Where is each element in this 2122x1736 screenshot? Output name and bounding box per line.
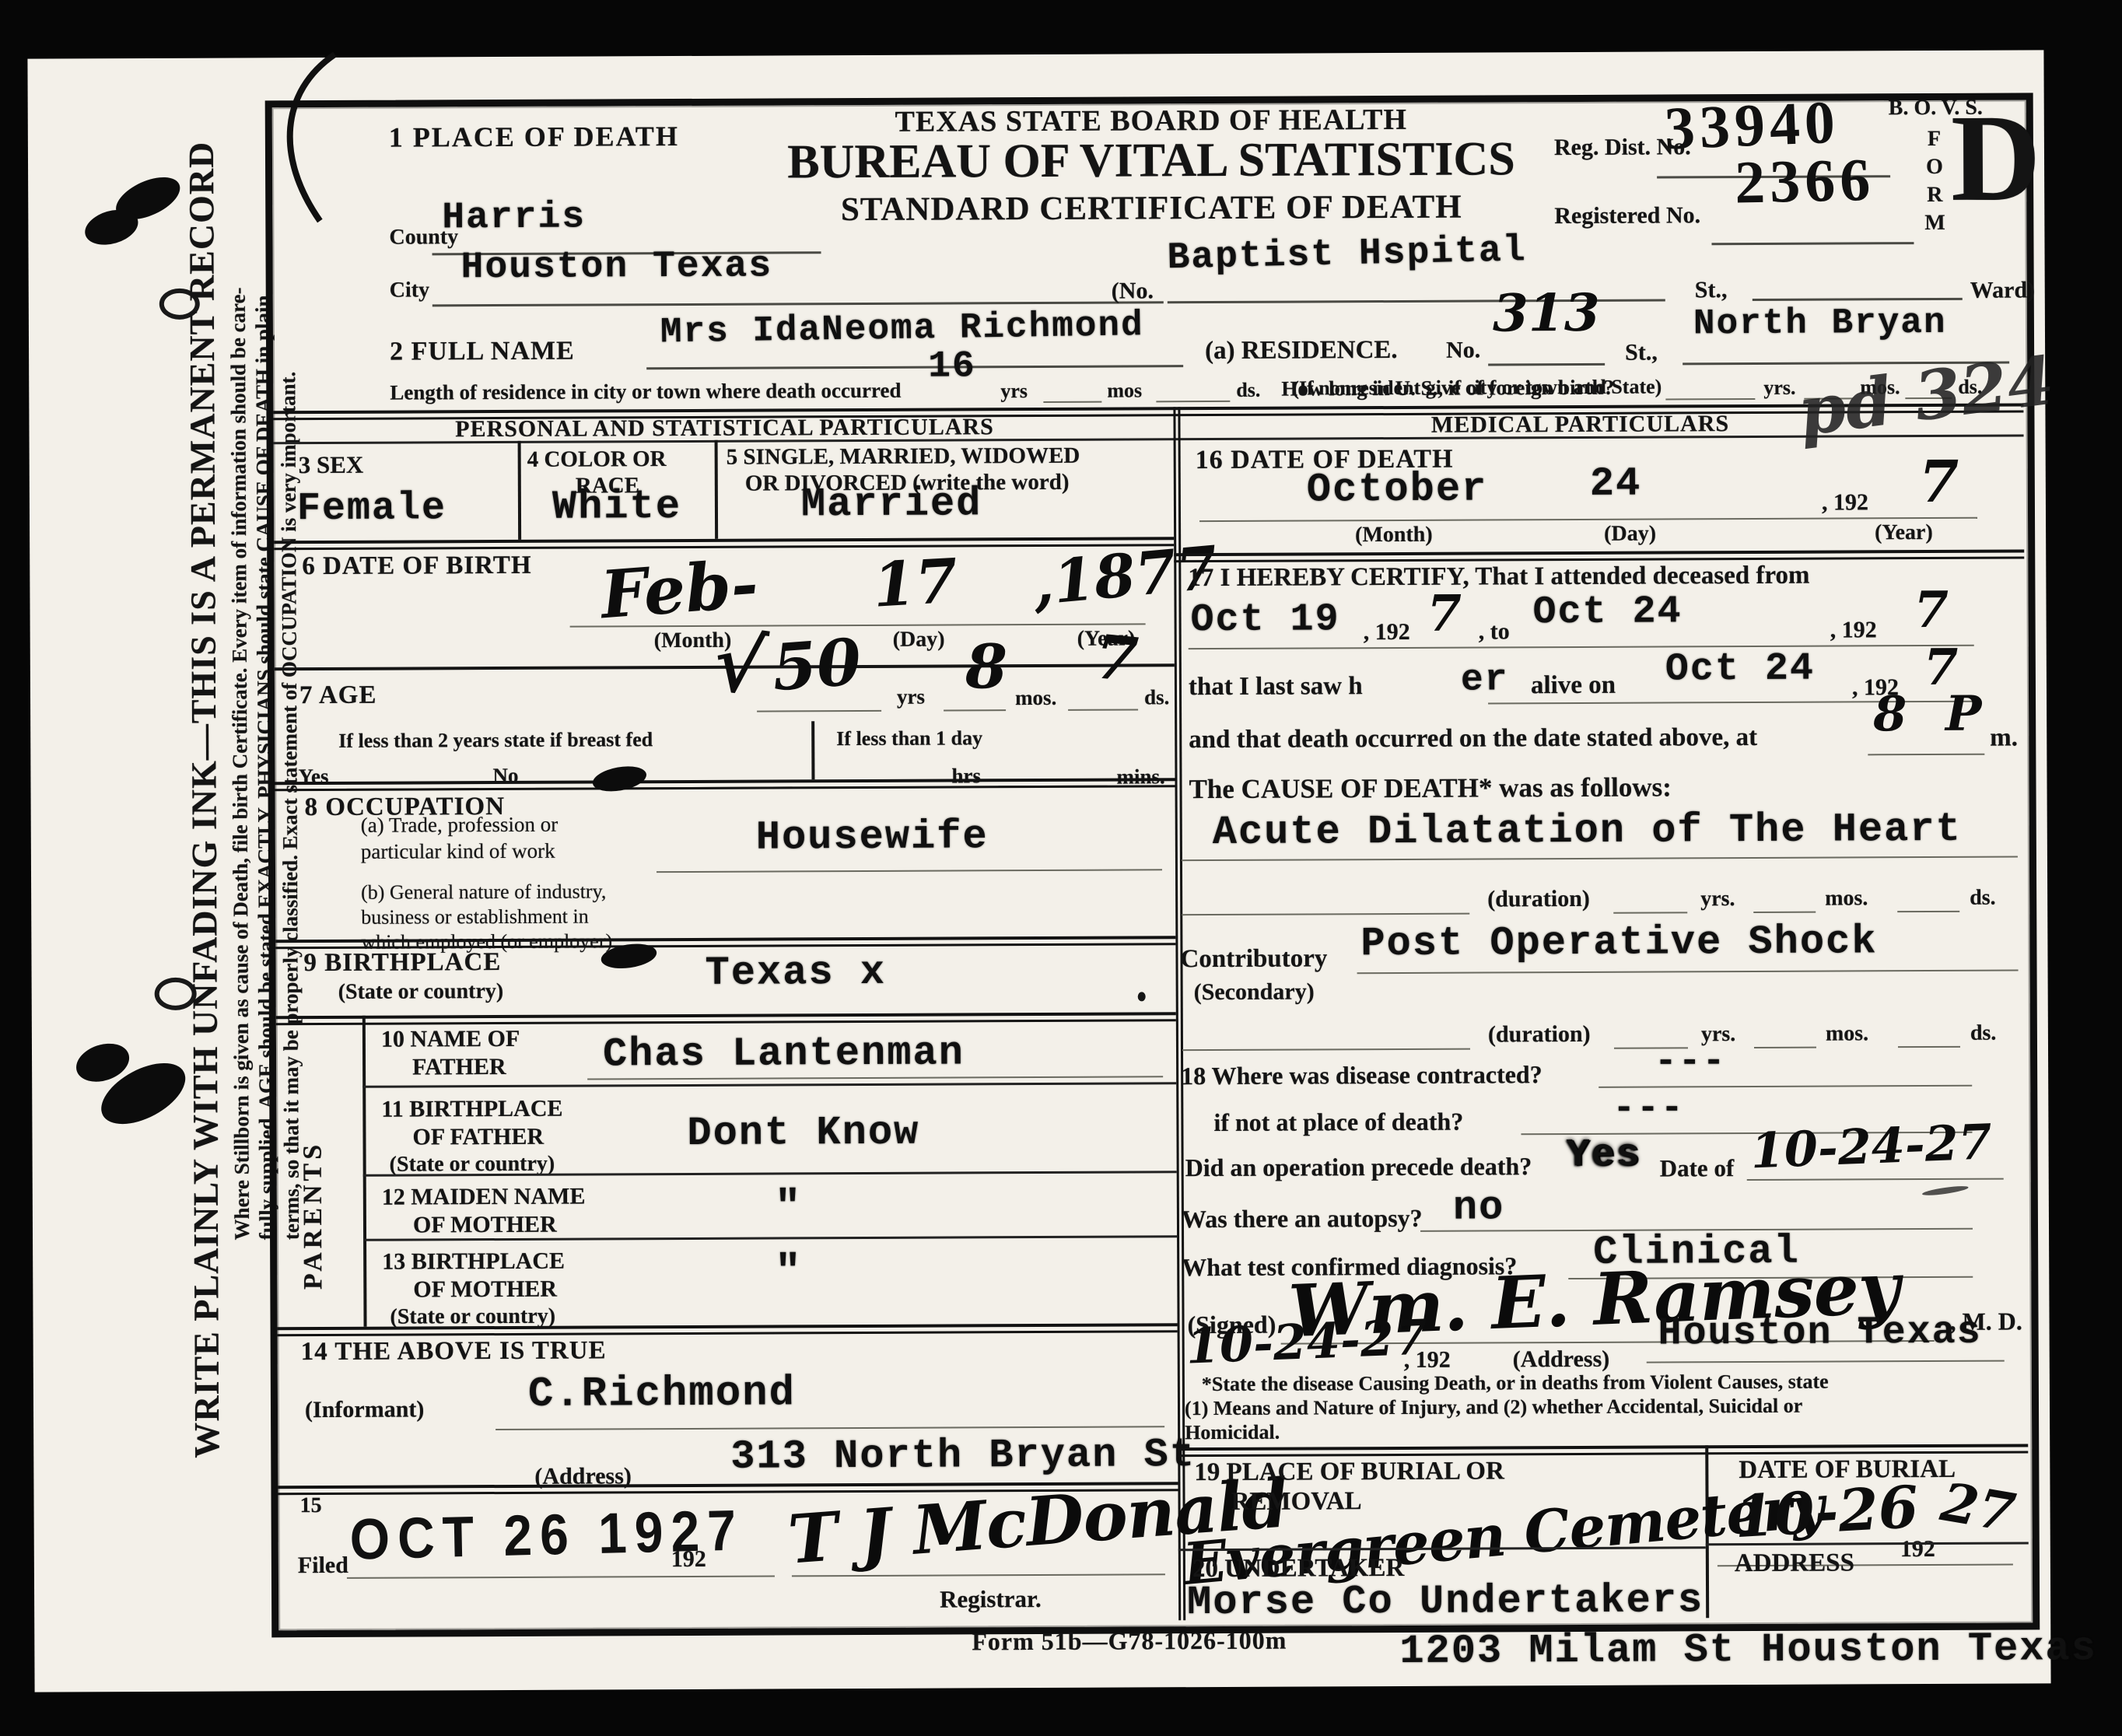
- disease-contracted-answer: ---: [1655, 1041, 1727, 1083]
- registered-number: 2366: [1734, 145, 1875, 218]
- age-label: 7 AGE: [299, 681, 377, 710]
- mother-birthplace-label-2: OF MOTHER: [413, 1276, 557, 1304]
- attended-from-year: 7: [1427, 585, 1462, 643]
- dob-label: 6 DATE OF BIRTH: [302, 551, 531, 581]
- death-occurred-label: and that death occurred on the date stat…: [1189, 723, 1757, 754]
- age-ds-label: ds.: [1144, 685, 1169, 709]
- secondary-label: (Secondary): [1194, 978, 1315, 1006]
- operation-question: Did an operation precede death?: [1185, 1152, 1532, 1182]
- registered-no-label: Registered No.: [1554, 202, 1700, 229]
- ink-smudge: [590, 762, 648, 795]
- burial-192-label: 192: [1900, 1536, 1935, 1563]
- form-letter-o: O: [1926, 155, 1943, 180]
- bureau-title: BUREAU OF VITAL STATISTICS: [778, 131, 1525, 190]
- color-marital-divider: [715, 440, 719, 539]
- ward-label: Ward): [1970, 277, 2035, 303]
- death-time-line: [1868, 754, 1984, 756]
- date-of-death-line: [1199, 517, 1977, 522]
- attended-to-year: 7: [1914, 581, 1949, 639]
- mother-maiden-label-2: OF MOTHER: [413, 1212, 557, 1239]
- certificate-form: 1 PLACE OF DEATH TEXAS STATE BOARD OF HE…: [265, 93, 2040, 1637]
- dob-day-label: (Day): [893, 628, 945, 653]
- father-name-value: Chas Lantenman: [603, 1030, 965, 1077]
- color-race-value: White: [552, 484, 681, 530]
- form-d-letter: D: [1951, 86, 2041, 230]
- parents-vertical-label: PARENTS: [299, 1141, 329, 1290]
- form-number: Form 51b—G78-1026-100m: [972, 1626, 1287, 1657]
- address-divider: [1706, 1542, 2029, 1545]
- birthplace-value: Texas x: [705, 950, 886, 996]
- sign-address-value: Houston Texas: [1658, 1311, 1981, 1356]
- age-years-value: 50: [769, 625, 863, 705]
- operation-answer: Yes: [1566, 1133, 1641, 1178]
- occupation-b-label-2: business or establishment in: [361, 905, 589, 929]
- duration-label: (duration): [1487, 886, 1590, 913]
- length-of-residence-value: 16: [928, 345, 976, 387]
- not-at-place-answer: ---: [1613, 1087, 1685, 1129]
- duration-line: [1182, 913, 1469, 916]
- occupation-a-label-2: particular kind of work: [361, 839, 555, 864]
- last-saw-alive-label: alive on: [1531, 671, 1616, 700]
- cause-of-death-heading: The CAUSE OF DEATH* was as follows:: [1189, 772, 1671, 805]
- duration2-ds: ds.: [1970, 1021, 1997, 1046]
- street-label: St.,: [1695, 277, 1728, 303]
- autopsy-answer: no: [1453, 1185, 1505, 1230]
- attended-to-date: Oct 24: [1532, 590, 1682, 635]
- certificate-page: WRITE PLAINLY WITH UNFADING INK—THIS IS …: [27, 50, 2050, 1692]
- county-value: Harris: [442, 197, 586, 240]
- sex-value: Female: [297, 486, 446, 531]
- informant-value: C.Richmond: [528, 1370, 796, 1419]
- birthplace-sub-label: (State or country): [338, 979, 504, 1005]
- age-line: [944, 709, 1006, 711]
- margin-warning-text: WRITE PLAINLY WITH UNFADING INK—THIS IS …: [180, 142, 227, 1458]
- father-birthplace-value: Dont Know: [687, 1110, 919, 1157]
- autopsy-question: Was there an autopsy?: [1182, 1204, 1423, 1234]
- last-saw-date: Oct 24: [1665, 647, 1815, 692]
- residence-label: (a) RESIDENCE.: [1205, 336, 1398, 366]
- attended-from-192: , 192: [1364, 619, 1410, 646]
- father-name-label-2: FATHER: [412, 1054, 506, 1081]
- burial-place-label-1: 19 PLACE OF BURIAL OR: [1194, 1457, 1504, 1487]
- ink-speck: [1138, 992, 1146, 1001]
- duration-line: [1753, 912, 1816, 913]
- howlong-yrs-label: yrs.: [1763, 376, 1795, 400]
- length-ds-line: [1156, 401, 1230, 402]
- breast-fed-note: If less than 2 years state if breast fed: [338, 728, 653, 753]
- hospital-no-label: (No.: [1112, 278, 1154, 304]
- dob-day-value: 17: [871, 546, 960, 621]
- dod-day-label: (Day): [1604, 522, 1656, 547]
- row-divider: [276, 1012, 1176, 1025]
- death-time-value: 8 P: [1873, 685, 1993, 743]
- occupation-line: [657, 869, 1162, 873]
- burial-date-value: 10-26: [1732, 1474, 1920, 1551]
- sign-address-label: (Address): [1513, 1346, 1610, 1374]
- hospital-value: Baptist Hspital: [1167, 229, 1527, 279]
- duration2-mos: mos.: [1826, 1021, 1868, 1046]
- date-of-death-month: October: [1307, 466, 1488, 513]
- footnote-line-1: *State the disease Causing Death, or in …: [1202, 1370, 1829, 1397]
- duration2-line: [1182, 1048, 1470, 1052]
- disease-contracted-question: 18 Where was disease contracted?: [1181, 1060, 1542, 1090]
- residence-no-label: No.: [1446, 338, 1480, 364]
- color-race-label-1: 4 COLOR OR: [527, 446, 667, 473]
- sign-192-label: , 192: [1404, 1347, 1451, 1374]
- cause-line: [1182, 856, 2018, 862]
- residence-no-value: 313: [1493, 282, 1600, 344]
- length-of-residence-label: Length of residence in city or town wher…: [390, 379, 901, 405]
- sign-date-value: 10-24-27: [1185, 1308, 1428, 1374]
- filed-line: [347, 1575, 775, 1578]
- dod-year-label: (Year): [1875, 520, 1933, 545]
- dod-month-label: (Month): [1355, 523, 1433, 548]
- duration-ds: ds.: [1970, 886, 1996, 911]
- row-divider: [1174, 549, 2024, 562]
- filed-number: 15: [299, 1493, 321, 1518]
- burial-year-value: 27: [1936, 1471, 2019, 1545]
- howlong-label: How long in U. S., if of foreign birth?: [1281, 376, 1614, 401]
- street-line: [1753, 298, 1963, 301]
- contributory-label: Contributory: [1180, 944, 1327, 974]
- duration-mos: mos.: [1825, 886, 1868, 911]
- filed-192-label: 192: [671, 1546, 706, 1573]
- contributory-value: Post Operative Shock: [1360, 919, 1877, 967]
- duration2-line: [1898, 1046, 1960, 1048]
- length-mos-label: mos: [1107, 379, 1142, 402]
- undertaker-value: Morse Co Undertakers: [1187, 1577, 1704, 1626]
- attended-from-date: Oct 19: [1190, 597, 1339, 642]
- sex-color-divider: [518, 441, 522, 540]
- age-subdivider: [811, 721, 814, 779]
- residence-st-label: St.,: [1625, 340, 1658, 366]
- informant-label: (Informant): [305, 1396, 424, 1423]
- age-days-value: 7: [1091, 621, 1140, 696]
- scanned-death-certificate: { "margin": { "line1": "WRITE PLAINLY WI…: [0, 0, 2122, 1736]
- operation-line: [1747, 1178, 2004, 1181]
- informant-address-value: 313 North Bryan St: [730, 1432, 1196, 1480]
- registered-no-line: [1711, 242, 1914, 245]
- marital-value: Married: [801, 481, 982, 527]
- parents-strip-divider: [362, 1016, 367, 1327]
- filed-label: Filed: [298, 1552, 348, 1579]
- birthplace-label: 9 BIRTHPLACE: [303, 948, 501, 978]
- duration-line: [1897, 911, 1959, 912]
- margin-instruction-line: Where Stillborn is given as cause of Dea…: [226, 287, 254, 1240]
- operation-date-label: Date of: [1660, 1154, 1735, 1182]
- mother-birthplace-label-1: 13 BIRTHPLACE: [382, 1248, 565, 1276]
- attended-to-192: , 192: [1830, 617, 1877, 643]
- length-mos-line: [1043, 401, 1101, 403]
- age-line: [757, 710, 881, 712]
- age-months-value: 8: [965, 632, 1008, 702]
- form-letter-m: M: [1924, 211, 1945, 236]
- date-of-death-year: 7: [1919, 449, 1959, 516]
- medical-section-title: MEDICAL PARTICULARS: [1362, 411, 1798, 439]
- date-of-death-192: , 192: [1822, 489, 1868, 516]
- duration-yrs: yrs.: [1700, 887, 1735, 912]
- length-ds-label: ds.: [1236, 379, 1260, 402]
- age-line: [1068, 709, 1138, 710]
- personal-section-title: PERSONAL AND STATISTICAL PARTICULARS: [413, 414, 1035, 443]
- fullname-line: [646, 365, 1183, 369]
- place-of-death-label: 1 PLACE OF DEATH: [389, 120, 679, 154]
- occupation-a-label-1: (a) Trade, profession or: [361, 813, 559, 838]
- father-birthplace-label-1: 11 BIRTHPLACE: [381, 1096, 562, 1123]
- contributory-line: [1357, 970, 2019, 975]
- undertaker-address-label: ADDRESS: [1735, 1549, 1854, 1578]
- footnote-line-3: Homicidal.: [1185, 1421, 1280, 1445]
- last-saw-label: that I last saw h: [1189, 672, 1363, 702]
- date-of-death-day: 24: [1590, 461, 1642, 507]
- informant-line: [495, 1426, 1164, 1430]
- last-saw-er: er: [1461, 659, 1509, 701]
- city-label: City: [390, 278, 429, 303]
- duration2-label: (duration): [1488, 1021, 1591, 1048]
- operation-date-value: 10-24-27: [1749, 1113, 1993, 1179]
- mother-birthplace-ditto: ": [775, 1247, 803, 1297]
- pencil-dash: [1922, 1185, 1970, 1198]
- marital-label-1: 5 SINGLE, MARRIED, WIDOWED: [727, 443, 1080, 471]
- certify-statement: 17 I HEREBY CERTIFY, That I attended dec…: [1188, 562, 1809, 593]
- mother-maiden-label-1: 12 MAIDEN NAME: [382, 1184, 586, 1211]
- form-letter-r: R: [1927, 183, 1942, 208]
- residence-st-value: North Bryan: [1693, 303, 1947, 344]
- length-yrs-label: yrs: [1000, 380, 1028, 403]
- age-yrs-label: yrs: [897, 685, 925, 709]
- less-than-day-note: If less than 1 day: [836, 726, 982, 751]
- certificate-title: STANDARD CERTIFICATE OF DEATH: [801, 187, 1501, 229]
- row-divider: [275, 778, 1175, 791]
- city-value: Houston Texas: [460, 245, 772, 289]
- occupation-b-label-1: (b) General nature of industry,: [361, 880, 606, 904]
- duration-line: [1613, 912, 1687, 913]
- cause-of-death-value: Acute Dilatation of The Heart: [1213, 807, 1962, 856]
- age-mos-label: mos.: [1015, 686, 1056, 710]
- occupation-value: Housewife: [756, 814, 989, 860]
- father-birthplace-label-2: OF FATHER: [412, 1124, 544, 1151]
- above-is-true-label: 14 THE ABOVE IS TRUE: [301, 1336, 607, 1367]
- howlong-yrs-line: [1665, 398, 1755, 401]
- sign-address-line: [1647, 1360, 2005, 1363]
- form-letter-f: F: [1928, 127, 1941, 152]
- father-name-label-1: 10 NAME OF: [381, 1026, 520, 1053]
- attended-to-label: , to: [1479, 618, 1510, 645]
- burial-place-label-2: REMOVAL: [1231, 1487, 1361, 1517]
- not-at-place-question: if not at place of death?: [1213, 1108, 1463, 1137]
- fullname-value: Mrs IdaNeoma Richmond: [660, 305, 1144, 352]
- residence-no-line: [1488, 363, 1605, 366]
- registrar-label: Registrar.: [940, 1585, 1042, 1614]
- footnote-line-2: (1) Means and Nature of Injury, and (2) …: [1185, 1395, 1802, 1420]
- attended-line: [1189, 645, 1974, 649]
- mother-maiden-ditto: ": [775, 1182, 803, 1232]
- death-time-m-label: m.: [1990, 724, 2018, 753]
- duration2-line: [1754, 1047, 1816, 1048]
- fullname-label: 2 FULL NAME: [390, 337, 575, 367]
- sex-label: 3 SEX: [299, 451, 364, 479]
- row-divider: [362, 1082, 1176, 1088]
- undertaker-address-value: 1203 Milam St Houston Texas: [1399, 1626, 2097, 1675]
